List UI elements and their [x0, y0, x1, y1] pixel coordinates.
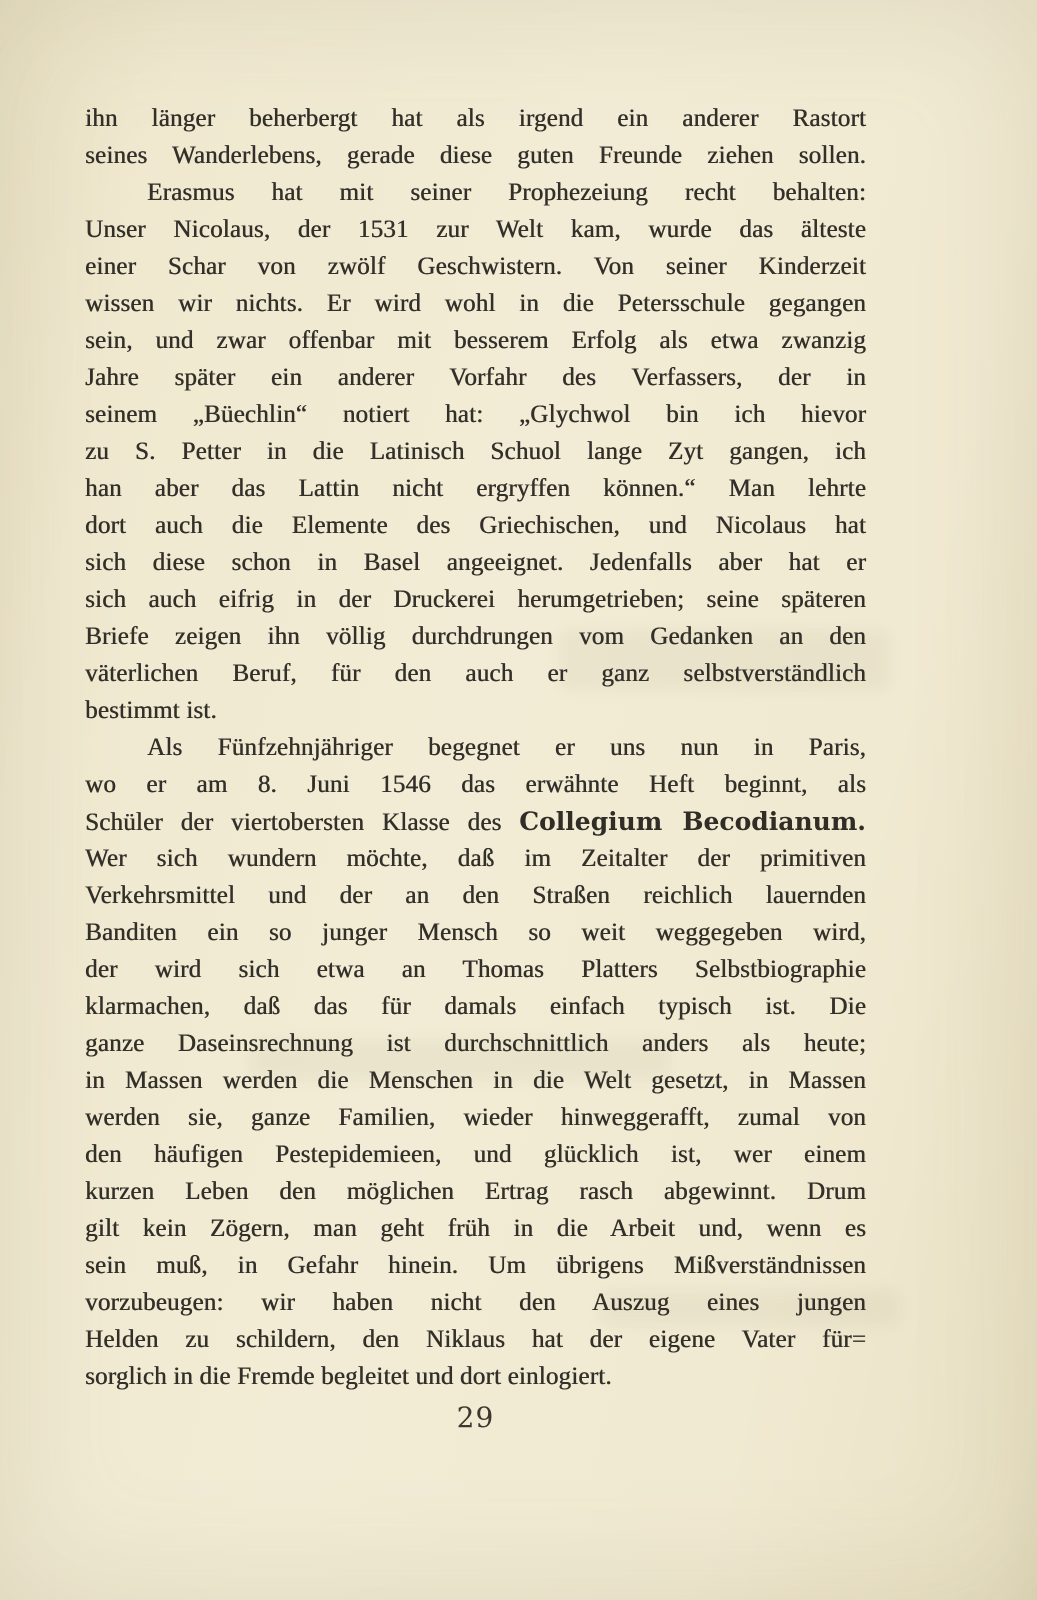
text-line: ihn länger beherbergt hat als irgend ein…	[85, 100, 866, 137]
text-line: Wer sich wundern möchte, daß im Zeitalte…	[85, 840, 866, 877]
text-line: bestimmt ist.	[85, 692, 866, 729]
text-line: sich diese schon in Basel angeeignet. Je…	[85, 544, 866, 581]
text-line: seinem „Büechlin“ notiert hat: „Glychwol…	[85, 396, 866, 433]
text-line: Als Fünfzehnjähriger begegnet er uns nun…	[85, 729, 866, 766]
text-line: werden sie, ganze Familien, wieder hinwe…	[85, 1099, 866, 1136]
text-line: Verkehrsmittel und der an den Straßen re…	[85, 877, 866, 914]
text-line: wissen wir nichts. Er wird wohl in die P…	[85, 285, 866, 322]
text-line: gilt kein Zögern, man geht früh in die A…	[85, 1210, 866, 1247]
text-line: sorglich in die Fremde begleitet und dor…	[85, 1358, 866, 1395]
text-line: vorzubeugen: wir haben nicht den Auszug …	[85, 1284, 866, 1321]
text-line: sich auch eifrig in der Druckerei herumg…	[85, 581, 866, 618]
text-line: Unser Nicolaus, der 1531 zur Welt kam, w…	[85, 211, 866, 248]
text-line: klarmachen, daß das für damals einfach t…	[85, 988, 866, 1025]
text-line: dort auch die Elemente des Griechischen,…	[85, 507, 866, 544]
text-line: ganze Daseinsrechnung ist durchschnittli…	[85, 1025, 866, 1062]
text-line: kurzen Leben den möglichen Ertrag rasch …	[85, 1173, 866, 1210]
text-line: seines Wanderlebens, gerade diese guten …	[85, 137, 866, 174]
text-line: han aber das Lattin nicht ergryffen könn…	[85, 470, 866, 507]
text-line: in Massen werden die Menschen in die Wel…	[85, 1062, 866, 1099]
page-text-block: ihn länger beherbergt hat als irgend ein…	[85, 100, 866, 1395]
text-line: Erasmus hat mit seiner Prophezeiung rech…	[85, 174, 866, 211]
text-line: Schüler der viertobersten Klasse des Col…	[85, 803, 866, 840]
text-line: einer Schar von zwölf Geschwistern. Von …	[85, 248, 866, 285]
text-line: den häufigen Pestepidemieen, und glückli…	[85, 1136, 866, 1173]
text-line: Banditen ein so junger Mensch so weit we…	[85, 914, 866, 951]
text-line: Jahre später ein anderer Vorfahr des Ver…	[85, 359, 866, 396]
page-number: 29	[85, 1401, 866, 1434]
text-line-fraktur-part: Schüler der viertobersten Klasse des	[85, 809, 519, 836]
text-line: Helden zu schildern, den Niklaus hat der…	[85, 1321, 866, 1358]
text-line: sein, und zwar offenbar mit besserem Erf…	[85, 322, 866, 359]
scanned-book-page: ihn länger beherbergt hat als irgend ein…	[0, 0, 1037, 1600]
latin-school-name: Collegium Becodianum.	[519, 807, 866, 836]
text-line: der wird sich etwa an Thomas Platters Se…	[85, 951, 866, 988]
text-line: wo er am 8. Juni 1546 das erwähnte Heft …	[85, 766, 866, 803]
text-line: väterlichen Beruf, für den auch er ganz …	[85, 655, 866, 692]
text-line: sein muß, in Gefahr hinein. Um übrigens …	[85, 1247, 866, 1284]
text-line: zu S. Petter in die Latinisch Schuol lan…	[85, 433, 866, 470]
text-line: Briefe zeigen ihn völlig durchdrungen vo…	[85, 618, 866, 655]
